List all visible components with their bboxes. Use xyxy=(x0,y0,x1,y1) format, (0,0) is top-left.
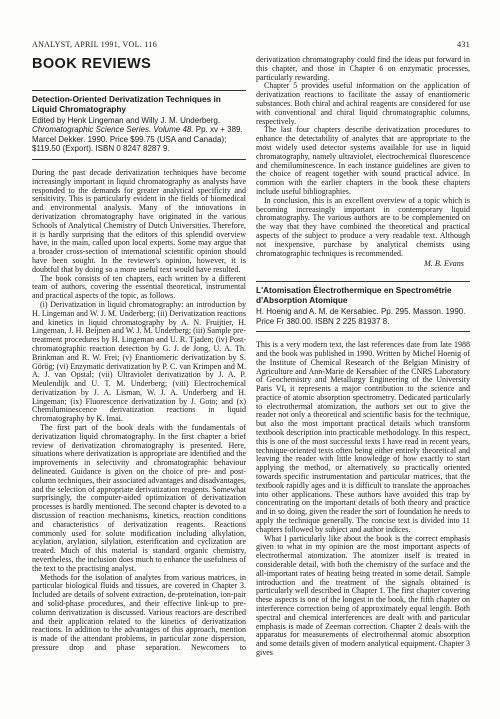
review1-paragraph: The last four chapters describe derivati… xyxy=(256,126,470,196)
review1-edited-by: Edited by Henk Lingeman and Willy J. M. … xyxy=(32,116,220,125)
journal-citation: ANALYST, APRIL 1991, VOL. 116 xyxy=(32,40,157,49)
review1-paragraph: During the past decade derivatization te… xyxy=(32,169,246,275)
review1-reviewer-signature: M. B. Evans xyxy=(256,259,470,268)
review2-pub-info: H. Hoenig and A. M. de Kersabiec. Pp. 29… xyxy=(256,307,465,326)
two-column-layout: BOOK REVIEWS Detection-Oriented Derivati… xyxy=(32,56,470,658)
review1-header: Detection-Oriented Derivatization Techni… xyxy=(32,90,246,160)
review1-paragraph: derivatization chromatography could find… xyxy=(256,56,470,82)
review1-title: Detection-Oriented Derivatization Techni… xyxy=(32,95,246,115)
review1-publication-details: Edited by Henk Lingeman and Willy J. M. … xyxy=(32,116,246,154)
review2-publication-details: H. Hoenig and A. M. de Kersabiec. Pp. 29… xyxy=(256,307,470,326)
review1-paragraph: The book consists of ten chapters, each … xyxy=(32,275,246,301)
right-column: derivatization chromatography could find… xyxy=(256,56,470,658)
section-title: BOOK REVIEWS xyxy=(32,56,246,73)
page-header: ANALYST, APRIL 1991, VOL. 116 431 xyxy=(32,40,470,49)
review1-paragraph: (i) Derivatization in liquid chromatogra… xyxy=(32,301,246,424)
review1-paragraph: The first part of the book deals with th… xyxy=(32,424,246,574)
review1-paragraph: Methods for the isolation of analytes fr… xyxy=(32,574,246,653)
review2-title: L'Atomisation Électrothermique en Spectr… xyxy=(256,286,470,306)
page-number: 431 xyxy=(457,40,470,49)
review2-header: L'Atomisation Électrothermique en Spectr… xyxy=(256,281,470,332)
review1-paragraph: In conclusion, this is an excellent over… xyxy=(256,197,470,259)
review2-paragraph: What I particularly like about the book … xyxy=(256,535,470,658)
journal-page: ANALYST, APRIL 1991, VOL. 116 431 BOOK R… xyxy=(0,0,500,719)
left-column: BOOK REVIEWS Detection-Oriented Derivati… xyxy=(32,56,246,658)
review1-series-name: Chromatographic Science Series. Volume 4… xyxy=(32,125,196,134)
review1-paragraph: Chapter 5 provides useful information on… xyxy=(256,82,470,126)
review2-paragraph: This is a very modern text, the last ref… xyxy=(256,341,470,535)
